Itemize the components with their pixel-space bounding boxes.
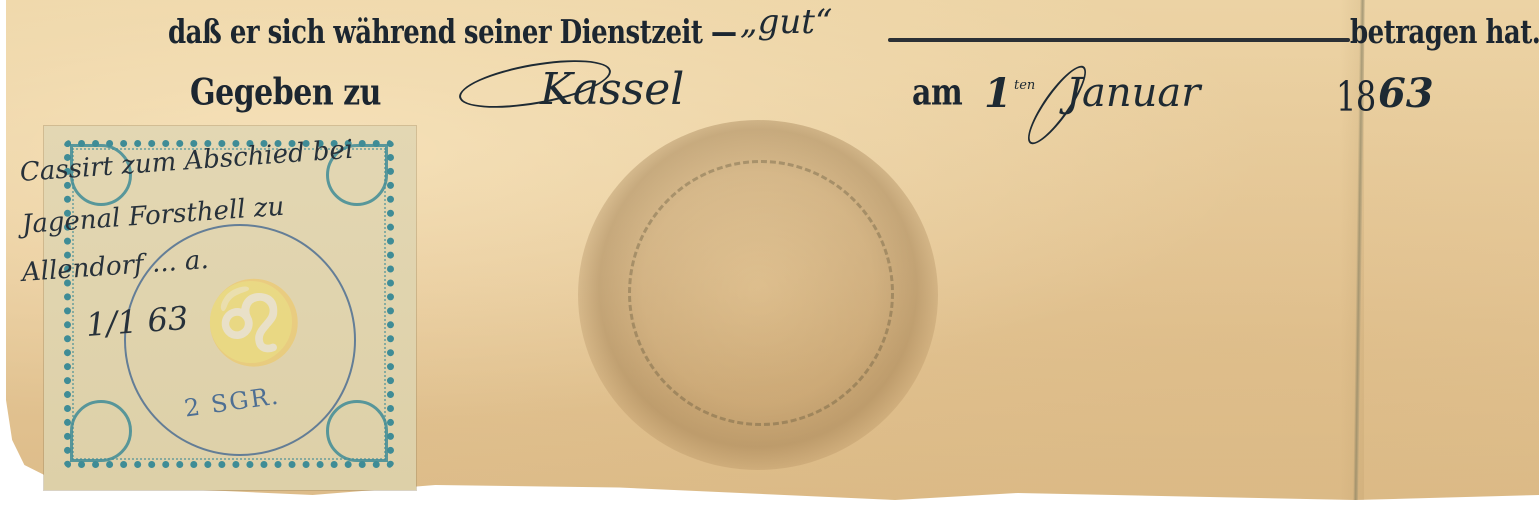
- handwritten-day-suffix: ten: [1014, 78, 1035, 93]
- handwritten-year-suffix: 63: [1378, 70, 1434, 117]
- printed-am: am: [912, 72, 962, 114]
- printed-conduct-clause: daß er sich während seiner Dienstzeit —: [168, 14, 736, 52]
- printed-year-prefix: 18: [1336, 72, 1376, 121]
- stamp-note-line-4: 1/1 63: [85, 299, 190, 344]
- handwritten-day: 1: [984, 70, 1012, 117]
- lion-emblem-icon: ♌: [204, 276, 304, 370]
- printed-betragen-hat: betragen hat.: [1350, 14, 1539, 52]
- printed-given-at: Gegeben zu: [190, 72, 381, 114]
- handwritten-conduct-grade: „gut“: [740, 2, 832, 42]
- handwritten-month: Januar: [1066, 70, 1200, 116]
- stamp-corner-ornament-br: [326, 400, 388, 462]
- stamp-corner-ornament-bl: [70, 400, 132, 462]
- fill-in-rule: [888, 38, 1350, 42]
- handwritten-place: Kassel: [540, 64, 684, 115]
- seal-impression-ring: [628, 160, 894, 426]
